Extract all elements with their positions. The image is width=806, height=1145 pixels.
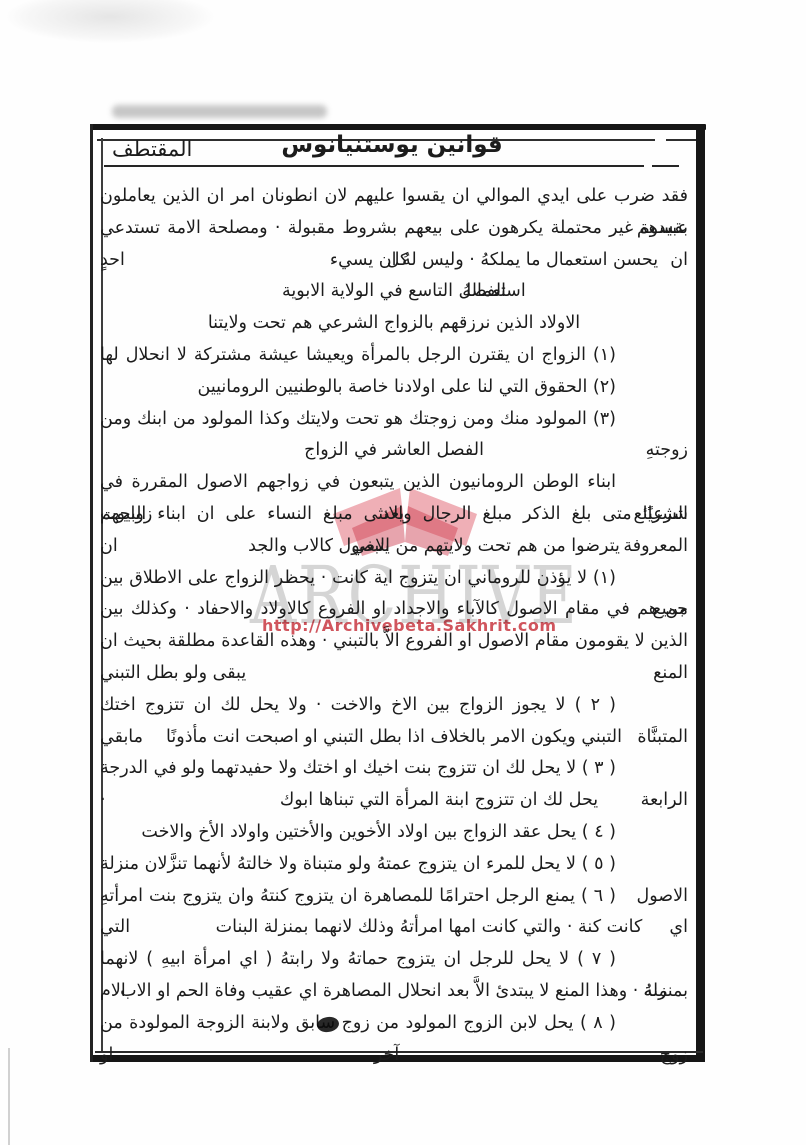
- text-line: بقسوة غير محتملة يكرهون على بيعهم بشروط …: [100, 213, 688, 245]
- text-line: الفصل التاسع في الولاية الابوية: [100, 276, 688, 308]
- text-lines: فقد ضرب على ايدي الموالي ان يقسوا عليهم …: [100, 181, 688, 1040]
- scan-smudge-topleft: [0, 0, 250, 52]
- scanned-page: ARCHIVE المقتطف قوانين يوستنيانوس فقد ضر…: [0, 0, 806, 1145]
- text-line: ( ٢ ) لا يجوز الزواج بين الاخ والاخت · و…: [100, 690, 688, 722]
- masthead: المقتطف: [112, 137, 192, 161]
- frame-top-inner-line-dash: [666, 139, 696, 141]
- text-line: (١) لا يؤذن للروماني ان يتزوج اية كانت ·…: [100, 563, 688, 595]
- text-line: الاولاد الذين نرزقهم بالزواج الشرعي هم ت…: [100, 308, 688, 340]
- text-line: شرعيًا متى بلغ الذكر مبلغ الرجال والانثى…: [100, 499, 688, 531]
- scan-edge-line: [8, 1048, 10, 1145]
- text-line: ابناء الوطن الرومانيون الذين يتبعون في ز…: [100, 467, 688, 499]
- text-line: التبني ويكون الامر بالخلاف اذا بطل التبن…: [100, 722, 688, 754]
- scan-smudge-topborder: [112, 105, 327, 118]
- text-line: ( ٦ ) يمنع الرجل احترامًا للمصاهرة ان يت…: [100, 881, 688, 913]
- frame-right-border: [696, 124, 705, 1062]
- text-line: ( ٨ ) يحل لابن الزوج المولود من زوج سابق…: [100, 1008, 688, 1040]
- text-line: ( ٧ ) لا يحل للرجل ان يتزوج حماتهُ ولا ر…: [100, 944, 688, 976]
- text-line: (٣) المولود منك ومن زوجتك هو تحت ولايتك …: [100, 404, 688, 436]
- text-line: (٢) الحقوق التي لنا على اولادنا خاصة بال…: [100, 372, 688, 404]
- text-line: (١) الزواج ان يقترن الرجل بالمرأة ويعيشا…: [100, 340, 688, 372]
- frame-left-border: [90, 124, 93, 1062]
- header-separator-dash: [652, 165, 679, 167]
- watermark-url: http://Archivebeta.Sakhrit.com: [262, 616, 546, 635]
- text-line: ( ٣ ) لا يحل لك ان تتزوج بنت اخيك او اخت…: [100, 753, 688, 785]
- text-line: ( ٤ ) يحل عقد الزواج بين اولاد الأخوين و…: [100, 817, 688, 849]
- text-line: منهُ · وهذا المنع لا يبتدئ الاَّ بعد انح…: [100, 976, 688, 1008]
- header-separator: [104, 165, 644, 167]
- text-line: الفصل العاشر في الزواج: [100, 435, 688, 467]
- text-line: ( ٥ ) لا يحل للمرء ان يتزوج عمتهُ ولو مت…: [100, 849, 688, 881]
- frame-top-border: [90, 124, 706, 130]
- text-line: فقد ضرب على ايدي الموالي ان يقسوا عليهم …: [100, 181, 688, 213]
- page-title: قوانين يوستنيانوس: [242, 132, 542, 158]
- text-line: يبقى ولو بطل التبني: [100, 658, 688, 690]
